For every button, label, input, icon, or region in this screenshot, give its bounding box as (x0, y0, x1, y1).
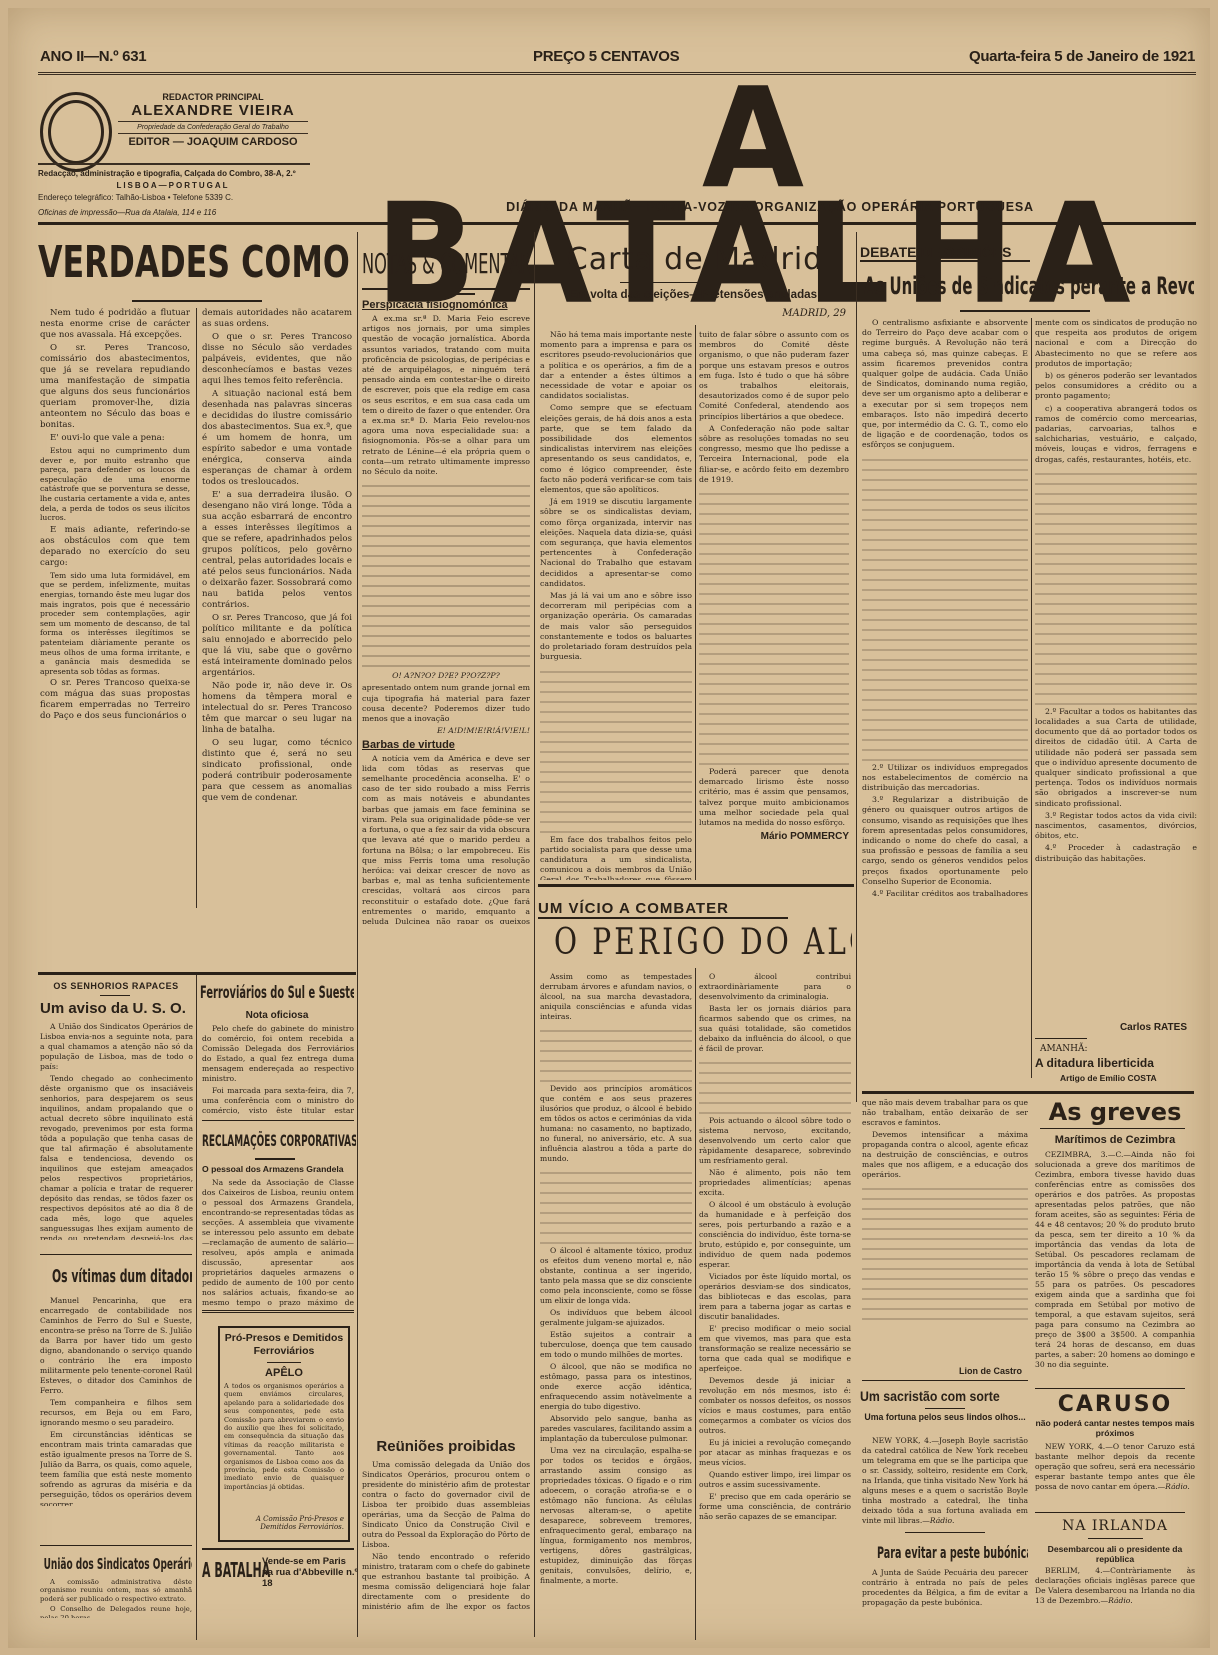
top-info-bar: ANO II—N.º 631 PREÇO 5 CENTAVOS Quarta-f… (40, 48, 1195, 72)
masthead-credits: REDACTOR PRINCIPAL ALEXANDRE VIEIRA Prop… (118, 92, 308, 148)
vitimas-body: Manuel Pencarinha, que era encarregado d… (40, 1296, 192, 1506)
section-debate-opinioes: DEBATE DE OPINIÕES (860, 244, 1030, 262)
masthead-title: A BATALHA (320, 81, 1200, 197)
reclamacoes-body: Na sede da Associação de Classe dos Caix… (202, 1178, 354, 1308)
uniao-body: A comissão administrativa dêste organism… (40, 1578, 192, 1618)
alcool-col3: que não mais devem trabalhar para os que… (862, 1098, 1028, 1348)
greves-body: CEZIMBRA, 3.—C.—Ainda não foi solucionad… (1035, 1150, 1195, 1380)
paris-ad-text: Vende-se em Paris na rua d'Abbeville n.º… (262, 1556, 358, 1589)
caruso-headline: CARUSO (1035, 1392, 1195, 1417)
notas-subhead-fisiognomonica: Perspicácia fisiognomónica (362, 299, 532, 311)
madrid-col2: tuito de falar sôbre o assunto com os me… (699, 330, 849, 880)
paris-ad-logo: A BATALHA (202, 1556, 270, 1584)
alcool-signature: Lion de Castro (862, 1366, 1022, 1376)
article-debate-headline: As Uniões de Sindicatos perante a Revolu… (864, 266, 1194, 306)
uniao-headline: União dos Sindicatos Operários (40, 1551, 192, 1577)
notas-column: A ex.ma sr.ª D. Maria Feio escreve artig… (362, 314, 530, 924)
reclamacoes-section: RECLAMAÇÕES CORPORATIVAS (202, 1128, 356, 1154)
cgt-seal-icon (40, 92, 112, 172)
price: PREÇO 5 CENTAVOS (533, 48, 679, 65)
peste-body: A Junta de Saúde Pecuária deu parecer co… (862, 1568, 1028, 1612)
tagline: DIÁRIO DA MANHÃ—PORTA-VOZ DA ORGANIZAÇÃO… (420, 200, 1120, 214)
peste-headline: Para evitar a peste bubónica (862, 1540, 1028, 1566)
madrid-col1: Não há tema mais importante neste moment… (540, 330, 692, 880)
irlanda-headline: NA IRLANDA (1035, 1518, 1195, 1534)
debate-signature: Carlos RATES (1035, 1022, 1187, 1033)
notas-subhead-barbas: Barbas de virtude (362, 740, 530, 750)
editor-name: ALEXANDRE VIEIRA (118, 102, 308, 119)
tomorrow-author: Artigo de Emílio COSTA (1060, 1073, 1157, 1083)
ferroviarios-body: Pelo chefe do gabinete do ministro do co… (202, 1024, 354, 1114)
ferroviarios-headline: Ferroviários do Sul e Sueste (200, 978, 354, 1008)
article-madrid-headline: Carta de Madrid (540, 242, 850, 277)
ferroviarios-subtitle: Nota oficiosa (200, 1010, 354, 1021)
vitimas-headline: Os vítimas dum ditador (40, 1262, 192, 1292)
debate-col2: mente com os sindicatos de produção no q… (1035, 318, 1197, 878)
editor-label: REDACTOR PRINCIPAL (118, 92, 308, 102)
alcool-kicker: UM VÍCIO A COMBATER (538, 900, 788, 919)
issue-number: ANO II—N.º 631 (40, 48, 146, 65)
madrid-subtitle: Em volta das eleições—Pretensões anulada… (532, 288, 854, 301)
alcool-col2: O álcool contribui extraordinàriamente p… (699, 972, 851, 1612)
article-verdades-col1: Nem tudo é podridão a flutuar nesta enor… (40, 308, 190, 908)
address-block: Redacção, administração e tipografia, Ca… (38, 168, 308, 219)
debate-col1: O centralismo asfixiante e absorvente do… (862, 318, 1028, 898)
tomorrow-label: AMANHÃ: (1040, 1044, 1087, 1054)
irlanda-body: BERLIM, 4.—Contràriamente às declarações… (1035, 1566, 1195, 1610)
sacristao-headline: Um sacristão com sorte (860, 1388, 1011, 1404)
section-notas-comentarios: NOTAS & COMENTARIOS (362, 244, 530, 290)
article-verdades-headline: VERDADES COMO PUNHOS (38, 238, 354, 288)
alcool-col1: Assim como as tempestades derrubam árvor… (540, 972, 692, 1612)
ownership: Propriedade da Confederação Geral do Tra… (118, 121, 308, 134)
uso-body: A União dos Sindicatos Operários de Lisb… (40, 1022, 193, 1240)
uso-headline: Um aviso da U. S. O. (40, 1000, 195, 1017)
caruso-body: NEW YORK, 4.—O tenor Caruzo está bastant… (1035, 1442, 1195, 1508)
madrid-dateline: MADRID, 29 (700, 308, 846, 319)
reunioes-body: Uma comissão delegada da União dos Sindi… (362, 1460, 530, 1612)
reclamacoes-subtitle: O pessoal dos Armazens Grandela (202, 1164, 354, 1174)
irlanda-subtitle: Desembarcou ali o presidente da repúblic… (1035, 1544, 1195, 1564)
caruso-subtitle: não poderá cantar nestes tempos mais pró… (1035, 1418, 1195, 1438)
apelo-box: Pró-Presos e Demitidos Ferroviários APÊL… (218, 1326, 350, 1542)
sacristao-body: NEW YORK, 4.—Joseph Boyle sacristão da c… (862, 1436, 1028, 1526)
tomorrow-title: A ditadura liberticida (1035, 1056, 1154, 1070)
article-verdades-col2: demais autoridades não acatarem as suas … (202, 308, 352, 908)
greves-subtitle: Marítimos de Cezimbra (1035, 1134, 1195, 1146)
publisher: EDITOR — JOAQUIM CARDOSO (118, 136, 308, 148)
madrid-signature: Mário POMMERCY (699, 832, 849, 842)
issue-date: Quarta-feira 5 de Janeiro de 1921 (969, 48, 1195, 65)
sacristao-subtitle: Uma fortuna pelos seus lindos olhos... (862, 1412, 1028, 1422)
alcool-headline: O PERIGO DO ALCOOL (540, 918, 852, 968)
uso-kicker: OS SENHORIOS RAPACES (40, 981, 192, 991)
greves-headline: As greves (1035, 1098, 1195, 1126)
reunioes-headline: Reüniões proibidas (362, 1438, 530, 1455)
